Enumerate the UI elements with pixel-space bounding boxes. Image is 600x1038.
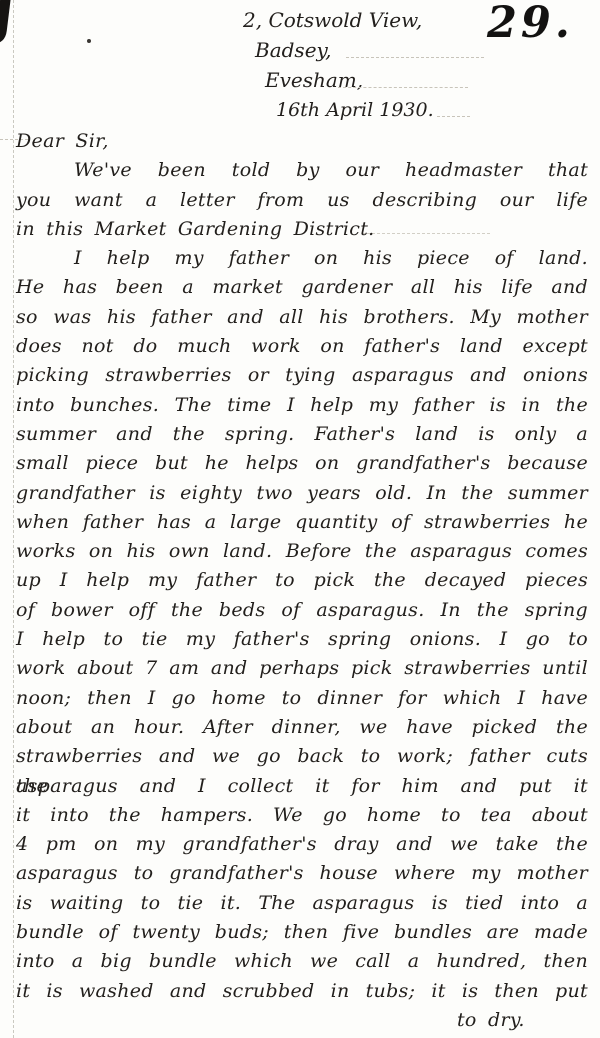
handwritten-line: it is washed and scrubbed in tubs; it is… — [16, 977, 588, 1006]
handwritten-line: noon; then I go home to dinner for which… — [16, 684, 588, 713]
handwritten-line: asparagus and I collect it for him and p… — [16, 772, 588, 801]
handwritten-line: of bower off the beds of asparagus. In t… — [16, 596, 588, 625]
handwritten-line: strawberries and we go back to work; fat… — [16, 742, 588, 771]
handwritten-line: into bunches. The time I help my father … — [16, 391, 588, 420]
handwritten-line: work about 7 am and perhaps pick strawbe… — [16, 654, 588, 683]
handwritten-line: bundle of twenty buds; then five bundles… — [16, 918, 588, 947]
handwritten-line: I help to tie my father's spring onions.… — [16, 625, 588, 654]
address-block: 2, Cotswold View, Badsey, Evesham, 16th … — [243, 5, 434, 125]
faint-pencil-dash — [338, 87, 468, 88]
handwritten-line: works on his own land. Before the aspara… — [16, 537, 588, 566]
handwritten-line: We've been told by our headmaster that — [16, 156, 588, 185]
handwritten-line: it into the hampers. We go home to tea a… — [16, 801, 588, 830]
salutation: Dear Sir, — [16, 127, 588, 156]
handwritten-line: picking strawberries or tying asparagus … — [16, 361, 588, 390]
date-line: 16th April 1930. — [243, 95, 434, 125]
handwritten-line: summer and the spring. Father's land is … — [16, 420, 588, 449]
handwritten-line: grandfather is eighty two years old. In … — [16, 479, 588, 508]
faint-pencil-dash — [346, 57, 484, 58]
handwritten-line: up I help my father to pick the decayed … — [16, 566, 588, 595]
address-line: Badsey, — [243, 35, 434, 65]
handwritten-line: you want a letter from us describing our… — [16, 186, 588, 215]
handwritten-line: does not do much work on father's land e… — [16, 332, 588, 361]
handwritten-line: into a big bundle which we call a hundre… — [16, 947, 588, 976]
handwritten-line: I help my father on his piece of land. — [16, 244, 588, 273]
handwritten-line: He has been a market gardener all his li… — [16, 273, 588, 302]
handwritten-line: when father has a large quantity of stra… — [16, 508, 588, 537]
handwritten-line: small piece but he helps on grandfather'… — [16, 449, 588, 478]
faint-pencil-dash — [437, 116, 470, 117]
address-line: 2, Cotswold View, — [243, 5, 434, 35]
margin-rule-line — [13, 0, 14, 1038]
corner-ink-mark: J — [0, 0, 18, 47]
letter-page: J 29. 2, Cotswold View, Badsey, Evesham,… — [0, 0, 600, 1038]
handwritten-line: to dry. — [16, 1006, 588, 1035]
handwritten-line: so was his father and all his brothers. … — [16, 303, 588, 332]
handwritten-line: asparagus to grandfather's house where m… — [16, 859, 588, 888]
address-line: Evesham, — [243, 65, 434, 95]
page-number: 29. — [487, 0, 574, 48]
handwritten-line: is waiting to tie it. The asparagus is t… — [16, 889, 588, 918]
handwritten-line: about an hour. After dinner, we have pic… — [16, 713, 588, 742]
ink-dot — [87, 39, 91, 43]
letter-body: Dear Sir, We've been told by our headmas… — [16, 127, 588, 1035]
handwritten-line: 4 pm on my grandfather's dray and we tak… — [16, 830, 588, 859]
handwritten-line: in this Market Gardening District. — [16, 215, 588, 244]
